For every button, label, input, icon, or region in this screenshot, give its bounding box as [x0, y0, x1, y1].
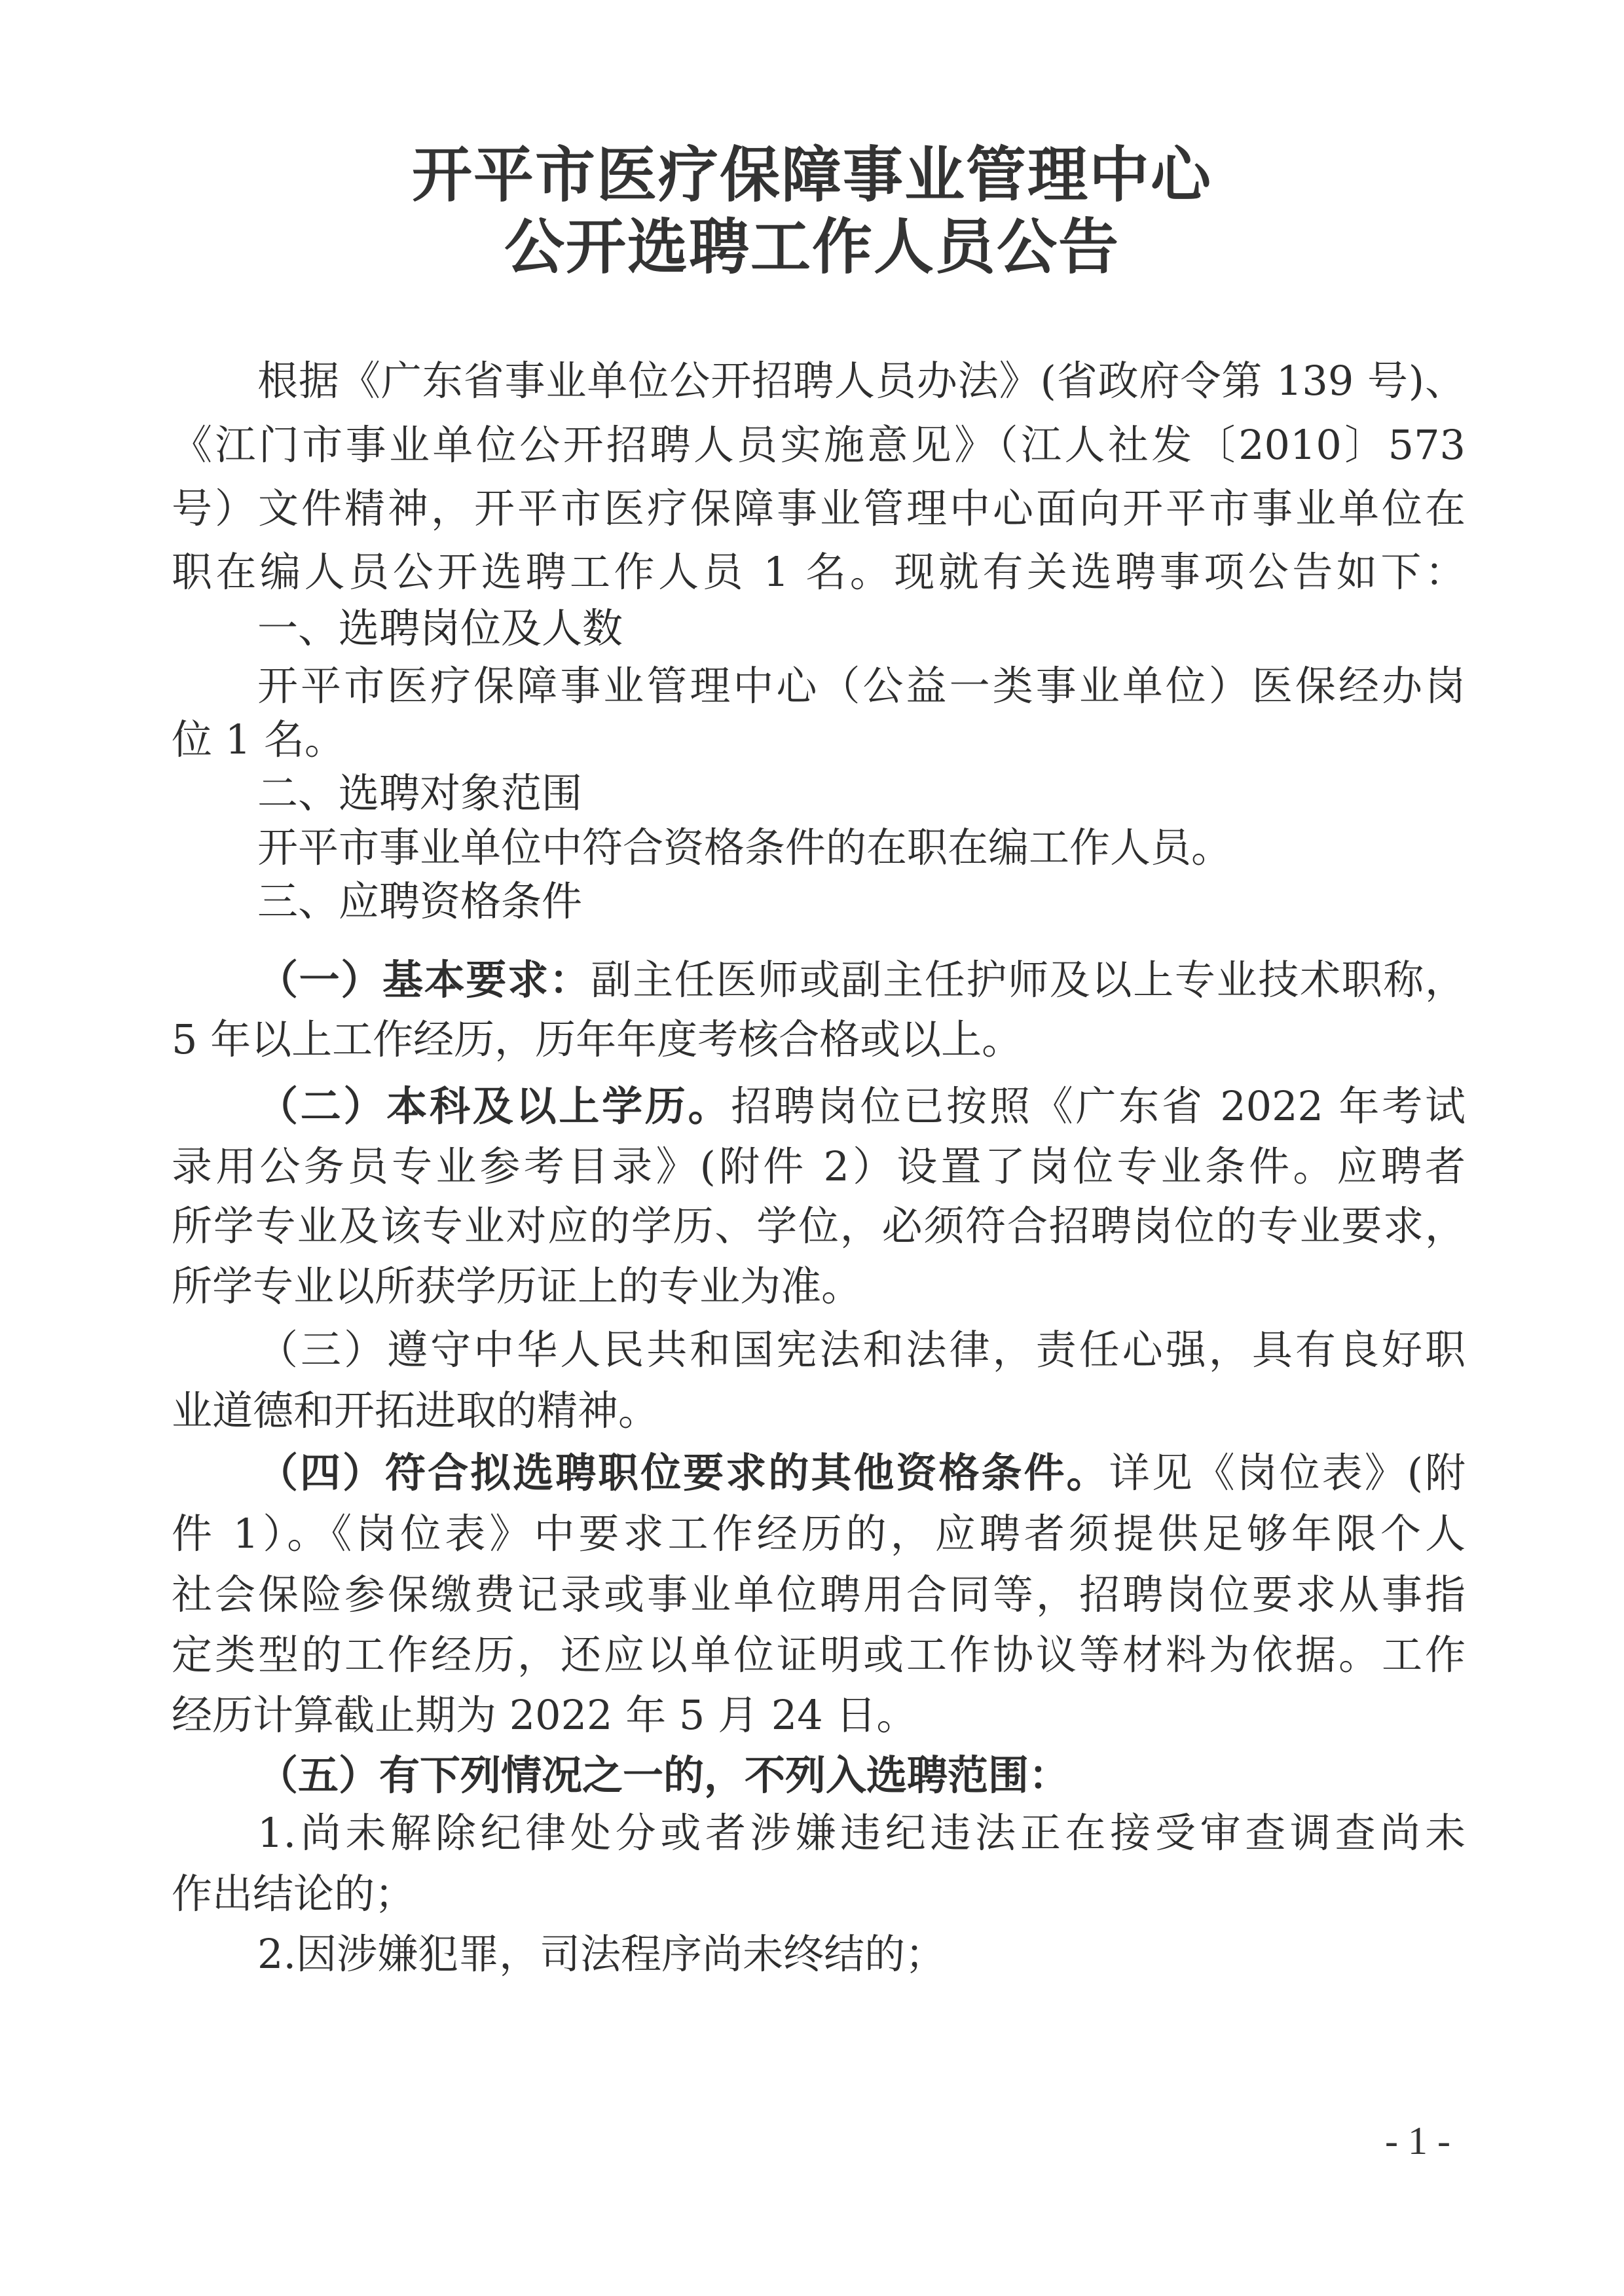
intro-line-4: 职在编人员公开选聘工作人员 1 名。现就有关选聘事项公告如下： — [172, 543, 1466, 602]
item-4-line-5: 经历计算截止期为 2022 年 5 月 24 日。 — [172, 1686, 1466, 1745]
item-2-rest: 招聘岗位已按照《广东省 2022 年考试 — [731, 1082, 1466, 1130]
item-2-line-3: 所学专业及该专业对应的学历、学位，必须符合招聘岗位的专业要求， — [172, 1197, 1466, 1256]
item-2-line-4: 所学专业以所获学历证上的专业为准。 — [172, 1257, 1466, 1316]
item-4-line-3: 社会保险参保缴费记录或事业单位聘用合同等，招聘岗位要求从事指 — [172, 1565, 1466, 1624]
section-2-heading: 二、选聘对象范围 — [257, 764, 1466, 823]
item-2-line-2: 录用公务员专业参考目录》(附件 2）设置了岗位专业条件。应聘者 — [172, 1137, 1466, 1196]
item-4-line-2: 件 1）。《岗位表》中要求工作经历的，应聘者须提供足够年限个人 — [172, 1504, 1466, 1563]
item-2-lead: （二）本科及以上学历。 — [257, 1082, 731, 1130]
item-5-lead: （五）有下列情况之一的，不列入选聘范围： — [257, 1746, 1466, 1805]
item-4-line-4: 定类型的工作经历，还应以单位证明或工作协议等材料为依据。工作 — [172, 1626, 1466, 1685]
document-title-line-1: 开平市医疗保障事业管理中心 — [0, 139, 1624, 211]
item-5-sub-1-line-1: 1.尚未解除纪律处分或者涉嫌违纪违法正在接受审查调查尚未 — [257, 1804, 1466, 1863]
page-number: - 1 - — [1356, 2118, 1480, 2164]
item-4-lead: （四）符合拟选聘职位要求的其他资格条件。 — [257, 1449, 1109, 1497]
item-1-lead: （一）基本要求： — [257, 956, 591, 1004]
section-1-line-1: 开平市医疗保障事业管理中心（公益一类事业单位）医保经办岗 — [257, 657, 1466, 716]
item-5-sub-2-line-1: 2.因涉嫌犯罪，司法程序尚未终结的； — [257, 1925, 1466, 1984]
intro-line-3: 号）文件精神，开平市医疗保障事业管理中心面向开平市事业单位在 — [172, 479, 1466, 538]
document-page: 开平市医疗保障事业管理中心 公开选聘工作人员公告 根据《广东省事业单位公开招聘人… — [0, 0, 1624, 2296]
section-3-heading: 三、应聘资格条件 — [257, 872, 1466, 931]
section-1-heading: 一、选聘岗位及人数 — [257, 599, 1466, 658]
item-1-rest: 副主任医师或副主任护师及以上专业技术职称， — [591, 956, 1466, 1004]
item-2-line-1: （二）本科及以上学历。招聘岗位已按照《广东省 2022 年考试 — [257, 1077, 1466, 1136]
section-2-line-1: 开平市事业单位中符合资格条件的在职在编工作人员。 — [257, 818, 1466, 877]
item-3-line-2: 业道德和开拓进取的精神。 — [172, 1381, 1466, 1440]
intro-line-2: 《江门市事业单位公开招聘人员实施意见》（江人社发〔2010〕573 — [172, 416, 1466, 475]
intro-line-1: 根据《广东省事业单位公开招聘人员办法》(省政府令第 139 号)、 — [257, 352, 1466, 410]
item-5-sub-1-line-2: 作出结论的； — [172, 1865, 1466, 1923]
item-4-rest: 详见《岗位表》(附 — [1109, 1449, 1466, 1497]
item-1-line-2: 5 年以上工作经历，历年年度考核合格或以上。 — [172, 1010, 1466, 1069]
section-1-line-2: 位 1 名。 — [172, 710, 1466, 769]
item-1-line-1: （一）基本要求：副主任医师或副主任护师及以上专业技术职称， — [257, 951, 1466, 1010]
document-title-line-2: 公开选聘工作人员公告 — [0, 211, 1624, 283]
item-4-line-1: （四）符合拟选聘职位要求的其他资格条件。详见《岗位表》(附 — [257, 1444, 1466, 1503]
item-3-line-1: （三）遵守中华人民共和国宪法和法律，责任心强，具有良好职 — [257, 1321, 1466, 1379]
